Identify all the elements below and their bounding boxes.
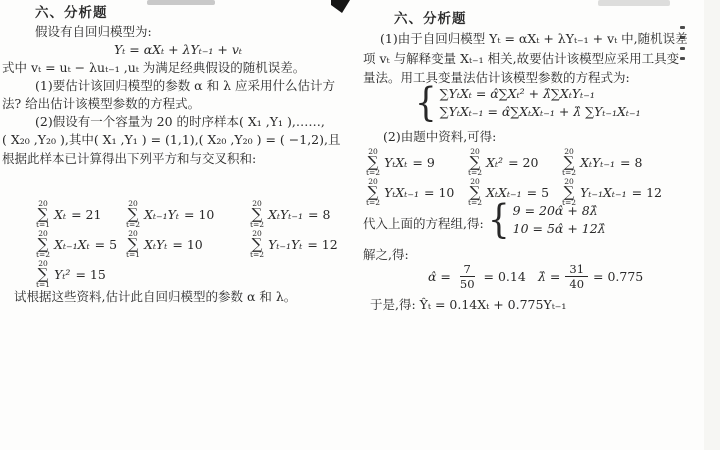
left-brace: { [488,201,510,240]
summation-term: 20∑t=1 XₜYₜ= 10 [126,230,203,258]
substituted-equation-2: 10 = 5α̂ + 12λ̂ [513,221,606,237]
summation-term: 20∑t=2 Xₜ₋₁Yₜ= 10 [126,200,214,228]
substituted-equation-1: 9 = 20α̂ + 8λ̂ [513,203,606,219]
normal-equation-2: ∑YₜXₜ₋₁ = α̂∑XₜXₜ₋₁ + λ̂ ∑Yₜ₋₁Xₜ₋₁ [440,104,641,120]
model-equation: Yₜ = αXₜ + λYₜ₋₁ + vₜ [0,42,356,57]
question-1-line1: (1)要估计该回归模型的参数 α 和 λ 应采用什么估计方 [35,78,335,93]
conclusion-prefix: 于是,得: [370,297,420,312]
scan-smudge [147,0,215,5]
summation-term: 20∑t=2 Xₜ₋₁Xₜ= 5 [36,230,117,258]
alpha-estimate: α̂ = 750 = 0.14 [428,262,526,292]
question-2-line2: ( X₂₀ ,Y₂₀ ),其中( X₁ ,Y₁ ) = (1,1),( X₂₀ … [2,132,340,147]
question-closing-line: 试根据这些资料,估计此自回归模型的参数 α 和 λ。 [14,289,296,304]
scan-edge-mark [680,57,685,60]
fraction: 750 [456,262,479,292]
substitution-label: 代入上面的方程组,得: [363,216,484,231]
summation-term: 20∑t=1 Yₜ²= 15 [36,260,106,288]
scan-smudge [598,0,670,6]
question-1-line2: 法? 给出估计该模型参数的方程式。 [2,96,200,111]
fraction: 3140 [565,262,588,292]
scan-edge-mark [680,47,685,50]
answer-1-line2: 项 vₜ 与解释变量 Xₜ₋₁ 相关,故要估计该模型应采用工具变 [363,51,679,66]
left-section-title: 六、分析题 [35,5,108,21]
fitted-model-equation: Ŷₜ = 0.14Xₜ + 0.775Yₜ₋₁ [420,297,567,312]
summation-term: 20∑t=2 Yₜ₋₁Yₜ= 12 [250,230,338,258]
normal-equations-system: { ∑YₜXₜ = α̂∑Xₜ² + λ̂∑XₜYₜ₋₁ ∑YₜXₜ₋₁ = α… [415,86,641,121]
lambda-estimate: λ̂ = 3140 = 0.775 [538,262,643,292]
scanned-textbook-page: 六、分析题 假设有自回归模型为: Yₜ = αXₜ + λYₜ₋₁ + vₜ 式… [0,0,720,450]
answer-1-line3: 量法。用工具变量法估计该模型参数的方程式为: [363,70,630,85]
summation-term: 20∑t=2 XₜYₜ₋₁= 8 [562,148,642,176]
summation-term: 20∑t=1 Xₜ= 21 [36,200,101,228]
scan-artifact-wedge [331,0,350,13]
answer-1-line1: (1)由于自回归模型 Yₜ = αXₜ + λYₜ₋₁ + vₜ 中,随机误差 [380,31,688,46]
conclusion-line: 于是,得: Ŷₜ = 0.14Xₜ + 0.775Yₜ₋₁ [370,297,566,312]
question-2-line3: 根据此样本已计算得出下列平方和与交叉积和: [2,151,256,166]
summation-term: 20∑t=2 XₜYₜ₋₁= 8 [250,200,330,228]
error-term-note: 式中 vₜ = uₜ − λuₜ₋₁ ,uₜ 为满足经典假设的随机误差。 [2,60,305,75]
solve-label: 解之,得: [363,247,409,262]
question-2-line1: (2)假设有一个容量为 20 的时序样本( X₁ ,Y₁ ),……, [35,114,325,129]
summation-term: 20∑t=2 Xₜ²= 20 [468,148,538,176]
answer-2-intro: (2)由题中资料,可得: [383,129,496,144]
left-brace: { [415,84,437,123]
page-edge-shadow [704,0,720,450]
substituted-system: { 9 = 20α̂ + 8λ̂ 10 = 5α̂ + 12λ̂ [488,203,606,238]
summation-term: 20∑t=2 YₜXₜ₋₁= 10 [366,178,454,206]
scan-edge-mark [680,26,685,29]
summation-term: 20∑t=2 Yₜ₋₁Xₜ₋₁= 12 [562,178,662,206]
right-section-title: 六、分析题 [394,11,467,27]
normal-equation-1: ∑YₜXₜ = α̂∑Xₜ² + λ̂∑XₜYₜ₋₁ [440,86,641,102]
left-intro-line: 假设有自回归模型为: [35,24,152,39]
summation-term: 20∑t=2 YₜXₜ= 9 [366,148,435,176]
